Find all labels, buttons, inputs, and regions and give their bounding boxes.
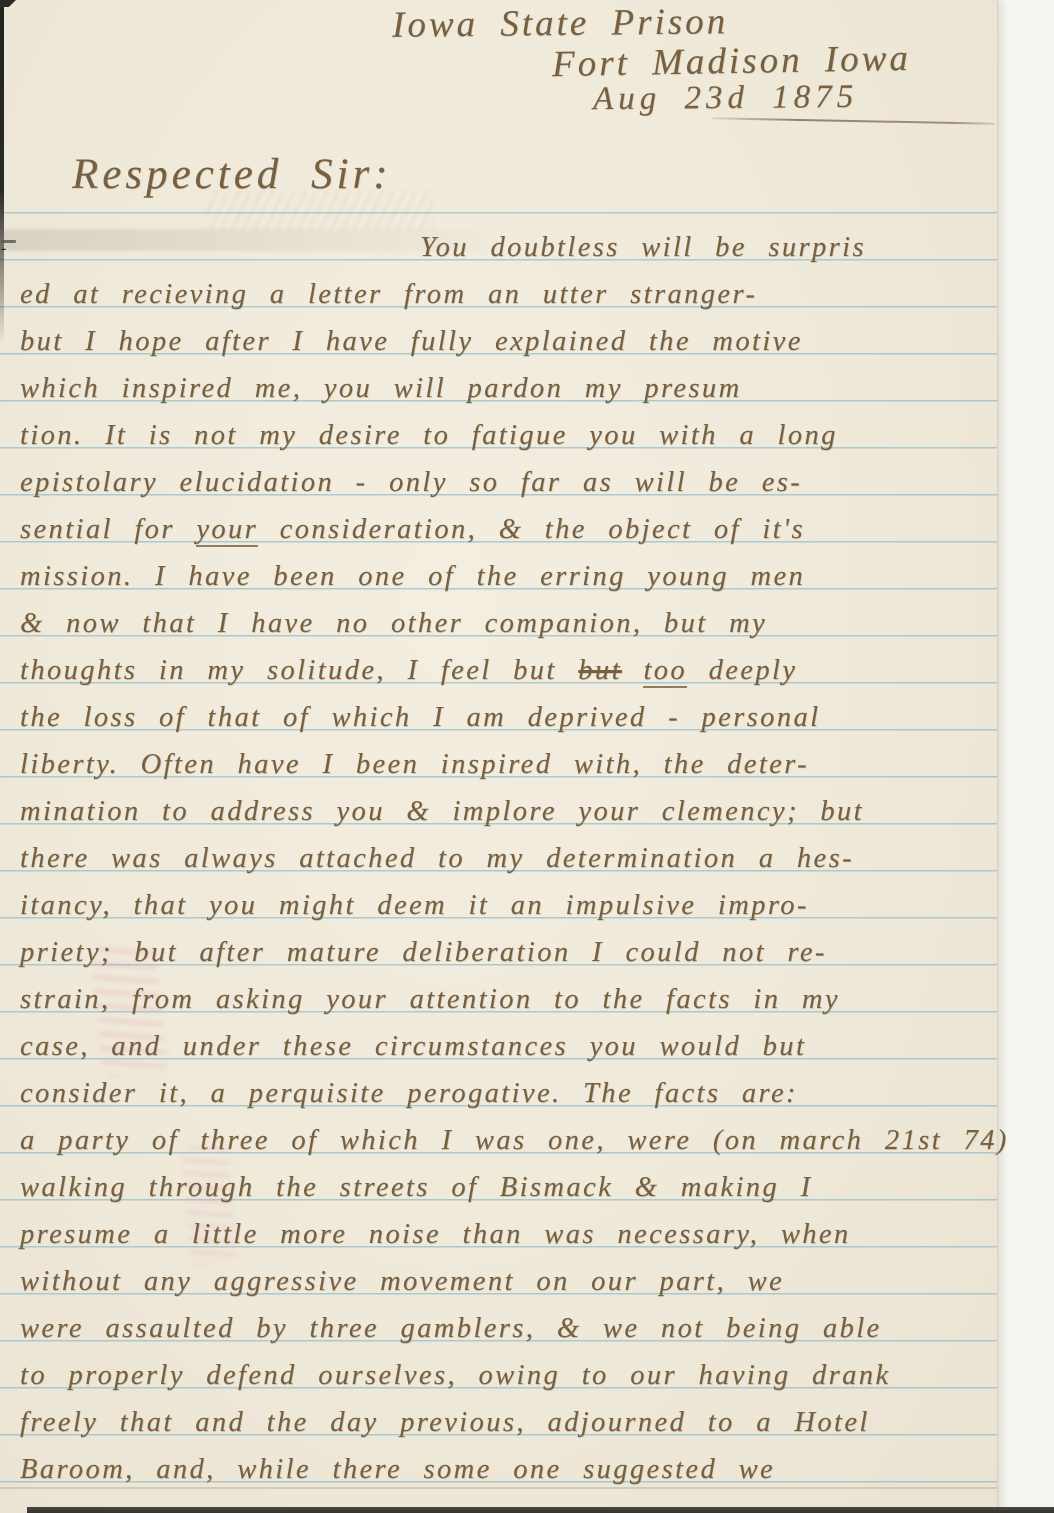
letter-line: consider it, a perquisite perogative. Th… [20,1070,995,1117]
letter-line: without any aggressive movement on our p… [20,1258,995,1305]
letter-line: mission. I have been one of the erring y… [20,553,995,600]
letter-line: to properly defend ourselves, owing to o… [20,1352,995,1399]
letter-line: freely that and the day previous, adjour… [20,1399,995,1446]
scan-edge-left [0,0,4,345]
line-text: thoughts in my solitude, I feel but [20,655,578,686]
letter-line: Baroom, and, while there some one sugges… [20,1446,995,1493]
line-text: consideration, & the object of it's [258,514,805,545]
struck-out-word: but [578,655,622,686]
letter-line: strain, from asking your attention to th… [20,976,995,1023]
line-text: deeply [687,655,797,686]
letter-line: tion. It is not my desire to fatigue you… [20,412,995,459]
letter-line: & now that I have no other companion, bu… [20,600,995,647]
letter-line: presume a little more noise than was nec… [20,1211,995,1258]
letter-line: the loss of that of which I am deprived … [20,694,995,741]
letter-line: walking through the streets of Bismack &… [20,1164,995,1211]
letter-line: a party of three of which I was one, wer… [20,1117,995,1164]
letter-line: but I hope after I have fully explained … [20,318,995,365]
underlined-word: your [196,514,258,547]
letterhead-place: Iowa State Prison [392,0,729,47]
letter-line: priety; but after mature deliberation I … [20,929,995,976]
letter-body: You doubtless will be surpris ed at reci… [20,224,995,1493]
letter-line: epistolary elucidation - only so far as … [20,459,995,506]
letter-line: thoughts in my solitude, I feel but but … [20,647,995,694]
underlined-word: too [643,655,687,688]
letter-line: there was always attached to my determin… [20,835,995,882]
letterhead-date: Aug 23d 1875 [593,79,858,118]
scanned-letter-page: Iowa State Prison Fort Madison Iowa Aug … [0,0,1054,1513]
letter-line: You doubtless will be surpris [20,224,995,271]
letter-line: mination to address you & implore your c… [20,788,995,835]
margin-dash-mark: - [1,240,16,243]
scan-edge-bottom [27,1507,1054,1513]
line-text [622,655,644,686]
line-text: sential for [20,514,196,545]
letter-line: ed at recieving a letter from an utter s… [20,271,995,318]
letter-line: case, and under these circumstances you … [20,1023,995,1070]
letter-line: were assaulted by three gamblers, & we n… [20,1305,995,1352]
letter-line: liberty. Often have I been inspired with… [20,741,995,788]
letter-line: sential for your consideration, & the ob… [20,506,995,553]
letter-line: which inspired me, you will pardon my pr… [20,365,995,412]
letter-line: itancy, that you might deem it an impuls… [20,882,995,929]
